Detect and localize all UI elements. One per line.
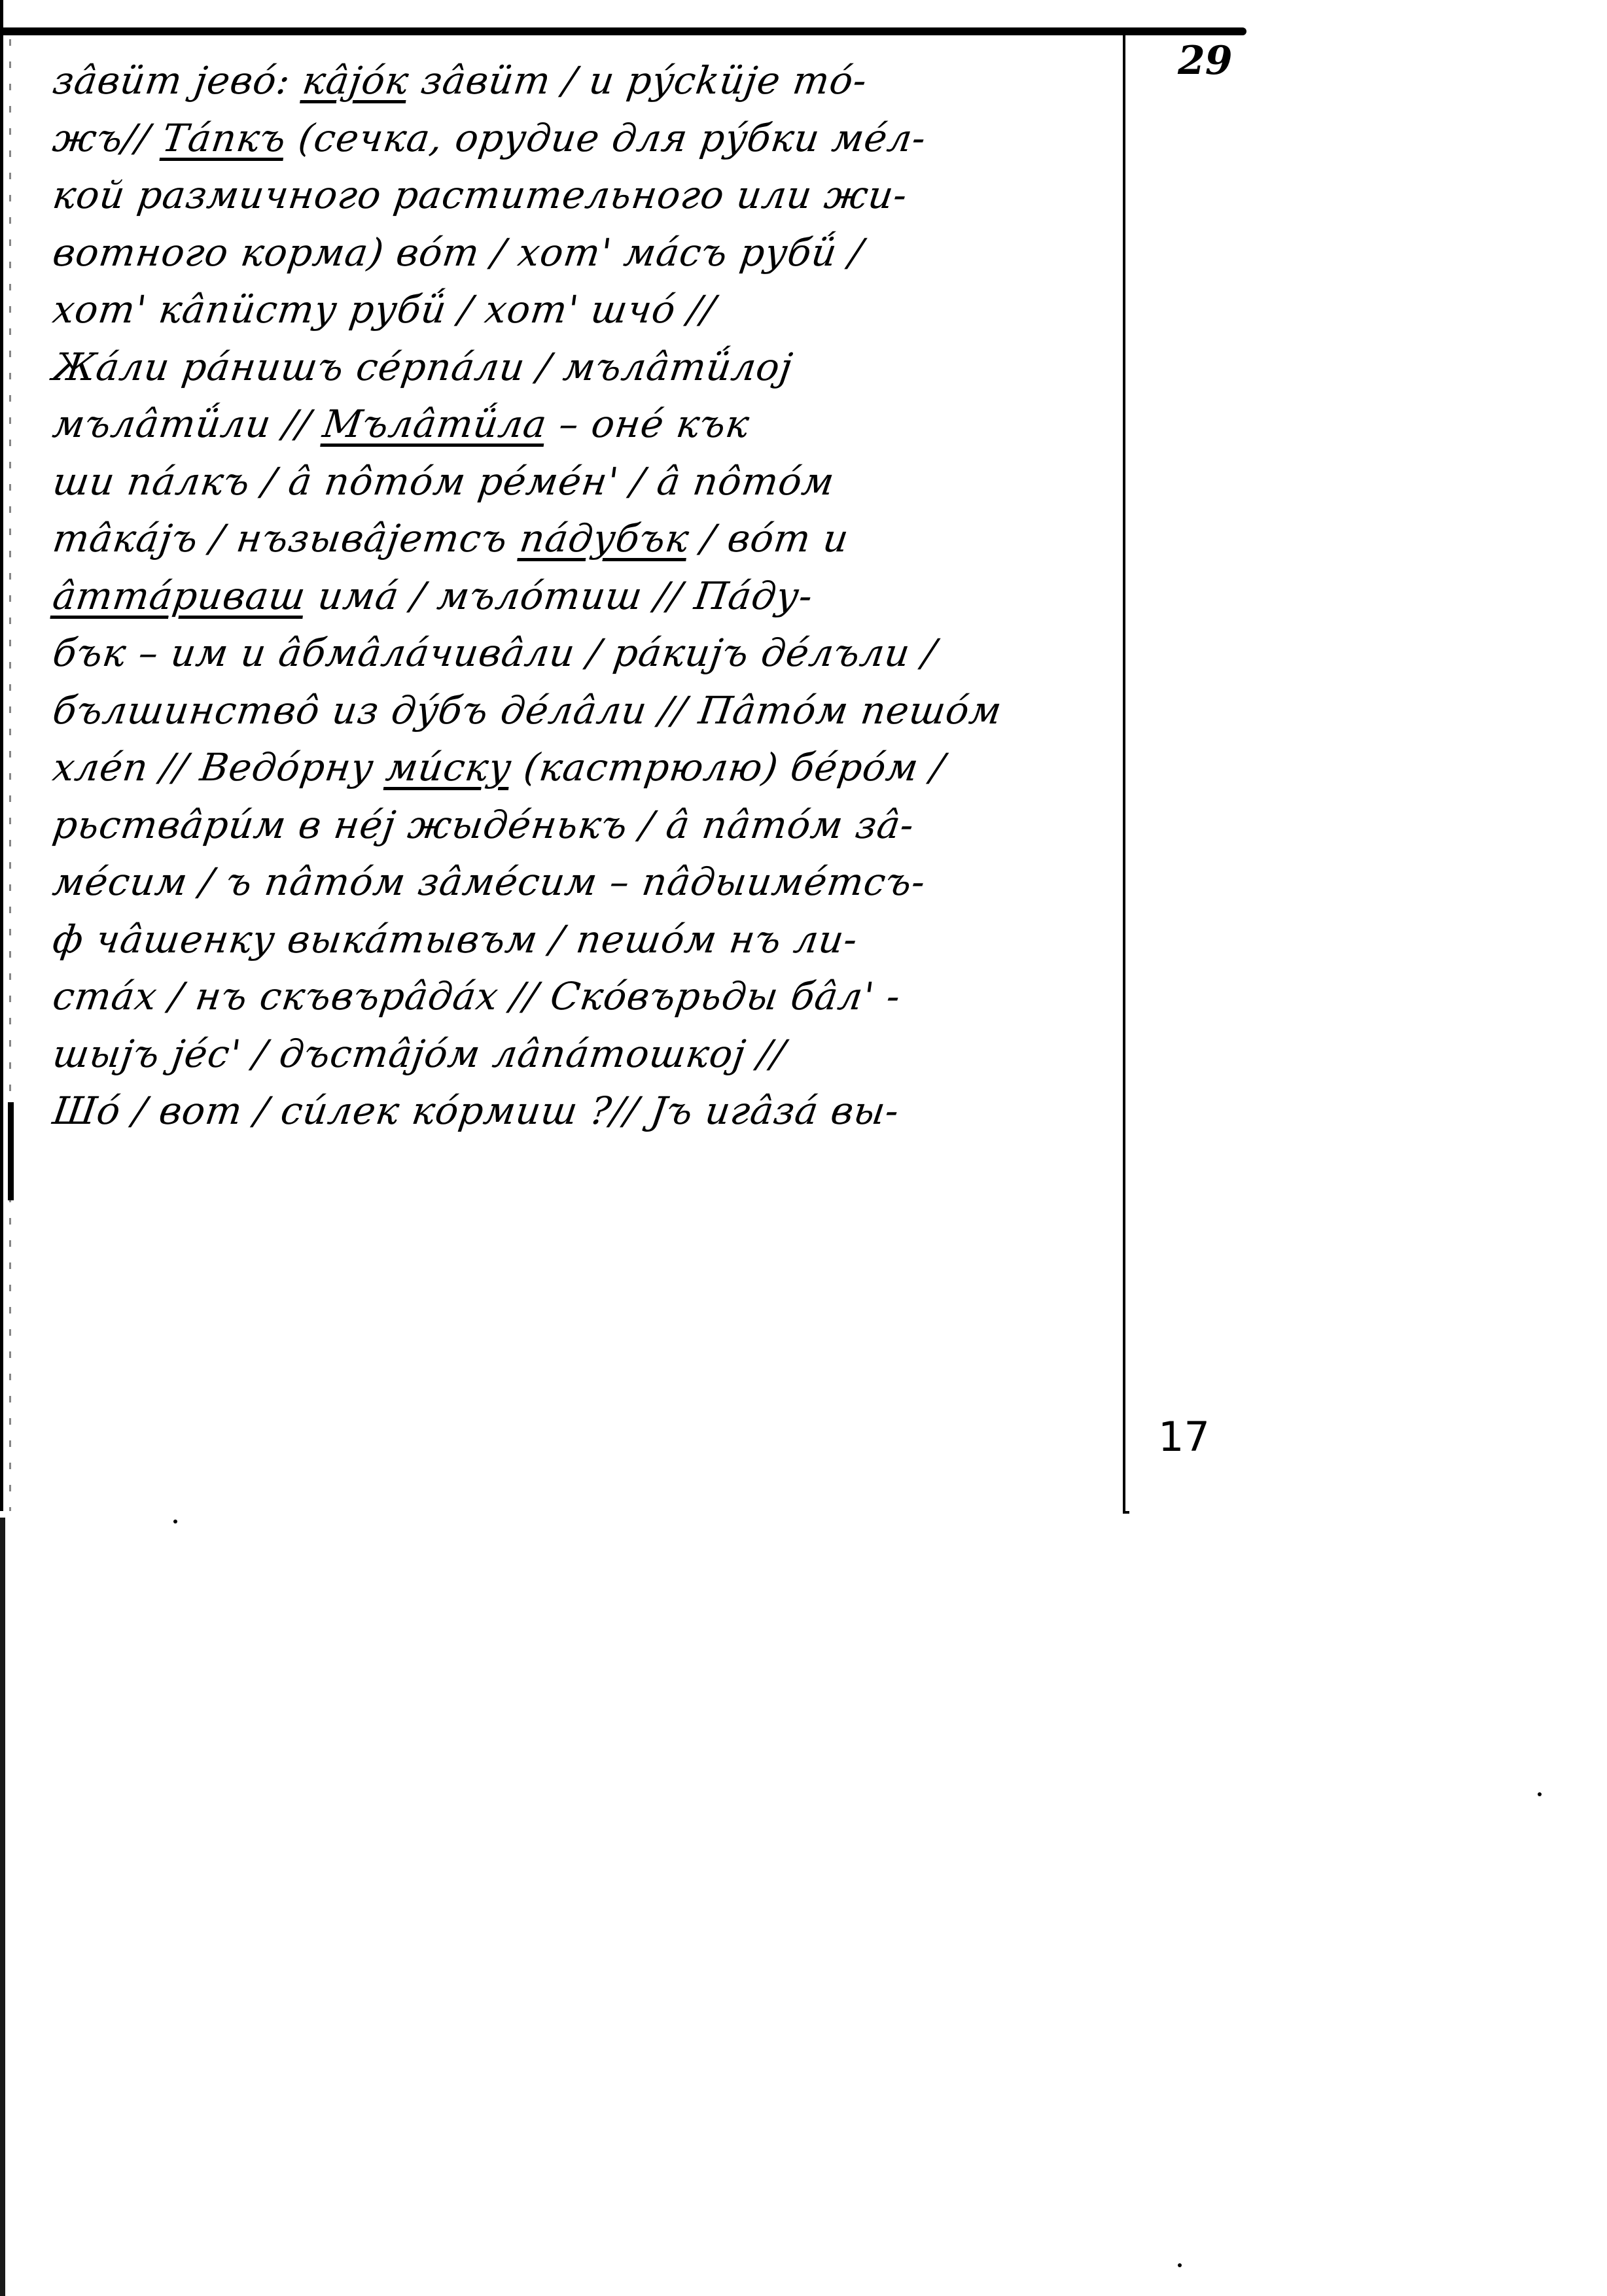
underlined-term: кâjóк <box>300 58 412 103</box>
transcript-line: Жáли рáнишъ сéрпáли / мълâтǘлоj <box>49 339 1123 396</box>
transcript-line: зâвüт jевó: кâjóк зâвüт / и рýсküjе тó- <box>49 52 1123 110</box>
margin-line-count: 17 <box>1158 1413 1210 1461</box>
text-segment: хот' кâпüсту рубǘ / хот' шчó // <box>50 287 718 332</box>
transcript-line: ф чâшенку выкáтывъм / пешóм нъ ли- <box>49 911 1123 969</box>
text-segment: ф чâшенку выкáтывъм / пешóм нъ ли- <box>50 917 860 962</box>
transcript-line: бълшинствô из дýбъ дéлâли // Пâтóм пешóм <box>49 682 1123 740</box>
top-rule-line <box>0 27 1246 35</box>
text-segment: кой размичного растительного или жи- <box>50 173 910 217</box>
transcript-line: шыjъ jéс' / дъстâjóм лâпáтошкоj // <box>49 1026 1123 1083</box>
left-margin-bracket <box>8 1102 14 1200</box>
text-segment: вотного корма) вóт / хот' мáсъ рубǘ / <box>50 230 866 275</box>
transcript-line: стáх / нъ скъвърâдáх // Скóвърьды бâл' - <box>49 968 1123 1026</box>
text-segment: рьствâрúм в нéj жыдéнькъ / â пâтóм зâ- <box>50 803 917 847</box>
left-page-edge <box>0 0 3 1511</box>
text-segment: бълшинствô из дýбъ дéлâли // Пâтóм пешóм <box>50 688 1004 733</box>
text-segment: шыjъ jéс' / дъстâjóм лâпáтошкоj // <box>50 1032 788 1076</box>
text-segment: / вóт и <box>686 516 851 561</box>
page-number: 29 <box>1178 38 1233 84</box>
left-dashed-border <box>9 39 11 1511</box>
transcript-line: мълâтǘли // Мълâтǘла – онé кък <box>49 396 1123 453</box>
scanned-manuscript-page: 29 17 зâвüт jевó: кâjóк зâвüт / и рýсküj… <box>0 0 1607 2296</box>
text-segment: Жáли рáнишъ сéрпáли / мълâтǘлоj <box>50 345 795 389</box>
underlined-term: Мълâтǘла <box>320 402 550 446</box>
underlined-term: мúску <box>383 745 515 790</box>
text-segment: бък – им и âбмâлáчивâли / рáкиjъ дéлъли … <box>50 631 939 675</box>
text-segment: мълâтǘли // <box>50 402 326 446</box>
text-segment: зâвüт / и рýсküjе тó- <box>406 58 870 103</box>
text-segment: зâвüт jевó: <box>50 58 306 103</box>
text-segment: хлéп // Ведóрну <box>50 745 389 790</box>
text-segment: ши пáлкъ / â пôтóм рéмéн' / â пôтóм <box>50 459 837 504</box>
transcript-line: рьствâрúм в нéj жыдéнькъ / â пâтóм зâ- <box>49 797 1123 854</box>
transcript-line: хлéп // Ведóрну мúску (кастрюлю) бéрóм / <box>49 739 1123 797</box>
underlined-term: âттáриваш <box>50 574 308 618</box>
transcript-line: âттáриваш имá / мълóтиш // Пáду- <box>49 568 1123 625</box>
transcript-line: вотного корма) вóт / хот' мáсъ рубǘ / <box>49 224 1123 282</box>
underlined-term: пáдубък <box>517 516 692 561</box>
transcript-line: бък – им и âбмâлáчивâли / рáкиjъ дéлъли … <box>49 625 1123 682</box>
margin-line-end-tick <box>1123 1511 1129 1514</box>
text-segment: имá / мълóтиш // Пáду- <box>302 574 815 618</box>
text-segment: – онé кък <box>544 402 752 446</box>
text-segment: мéсим / ъ пâтóм зâмéсим – пâдыимéтсъ- <box>50 860 928 904</box>
transcript-line: жъ// Тáпкъ (сечка, орудие для рýбки мéл- <box>49 110 1123 167</box>
scan-speck <box>1538 1792 1542 1796</box>
handwritten-transcript: зâвüт jевó: кâjóк зâвüт / и рýсküjе тó-ж… <box>49 52 1116 1140</box>
transcript-line: хот' кâпüсту рубǘ / хот' шчó // <box>49 281 1123 339</box>
transcript-line: ши пáлкъ / â пôтóм рéмéн' / â пôтóм <box>49 453 1123 511</box>
text-segment: тâкájъ / нъзывâjетсъ <box>50 516 523 561</box>
left-page-edge-lower <box>0 1518 5 2296</box>
transcript-line: кой размичного растительного или жи- <box>49 167 1123 224</box>
text-segment: (кастрюлю) бéрóм / <box>508 745 947 790</box>
transcript-line: Шó / вот / сúлек кóрмиш ?// Jъ игâзá вы- <box>49 1083 1123 1140</box>
text-segment: (сечка, орудие для рýбки мéл- <box>283 116 929 160</box>
scan-speck <box>1178 2263 1182 2267</box>
text-segment: жъ// <box>50 116 166 160</box>
text-segment: стáх / нъ скъвърâдáх // Скóвърьды бâл' - <box>50 974 903 1018</box>
right-margin-line <box>1123 34 1125 1512</box>
transcript-line: мéсим / ъ пâтóм зâмéсим – пâдыимéтсъ- <box>49 854 1123 911</box>
underlined-term: Тáпкъ <box>160 116 289 160</box>
text-segment: Шó / вот / сúлек кóрмиш ?// Jъ игâзá вы- <box>50 1088 902 1133</box>
scan-speck <box>173 1520 177 1523</box>
transcript-line: тâкájъ / нъзывâjетсъ пáдубък / вóт и <box>49 510 1123 568</box>
